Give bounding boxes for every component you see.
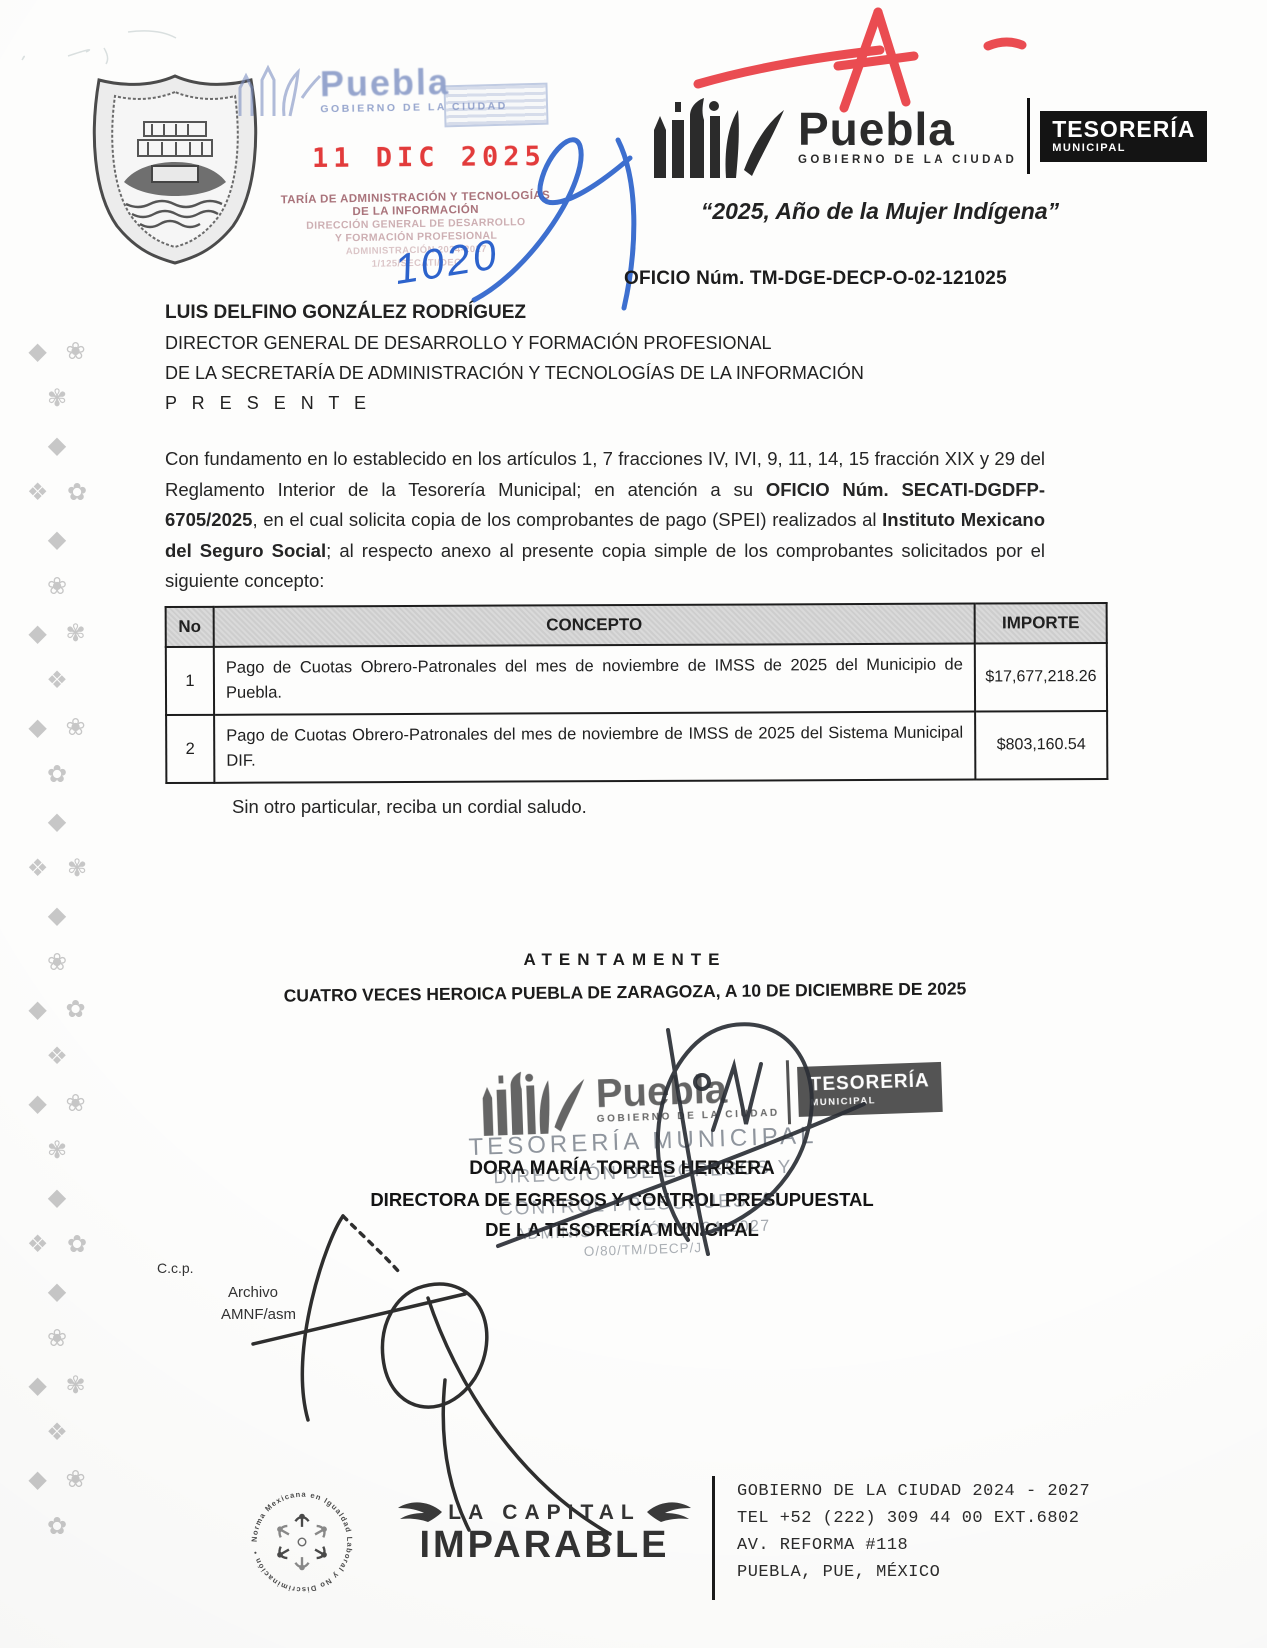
- col-header-concepto: CONCEPTO: [214, 604, 975, 647]
- recipient-title-line: DE LA SECRETARÍA DE ADMINISTRACIÓN Y TEC…: [165, 358, 864, 388]
- table-header-row: No CONCEPTO IMPORTE: [166, 603, 1107, 647]
- year-motto: “2025, Año de la Mujer Indígena”: [650, 198, 1110, 225]
- puebla-skyline-icon: [648, 90, 788, 182]
- row-concepto: Pago de Cuotas Obrero-Patronales del mes…: [214, 644, 975, 715]
- row-no: 1: [166, 647, 214, 715]
- city-brand-block: LA CAPITAL IMPARABLE: [392, 1498, 697, 1567]
- svg-text:Norma Mexicana en Igualdad Lab: Norma Mexicana en Igualdad Laboral y No …: [250, 1490, 355, 1595]
- seal-circular-text: Norma Mexicana en Igualdad Laboral y No …: [250, 1490, 355, 1595]
- row-no: 2: [166, 715, 214, 783]
- puebla-wordmark: Puebla GOBIERNO DE LA CIUDAD: [798, 106, 1017, 166]
- footer-address-line: AV. REFORMA #118: [737, 1532, 1090, 1559]
- table-row: 2 Pago de Cuotas Obrero-Patronales del m…: [166, 711, 1107, 783]
- recipient-title-line: DIRECTOR GENERAL DE DESARROLLO Y FORMACI…: [165, 328, 864, 358]
- recipient-block: LUIS DELFINO GONZÁLEZ RODRÍGUEZ DIRECTOR…: [165, 298, 864, 418]
- footer-address-line: TEL +52 (222) 309 44 00 EXT.6802: [737, 1505, 1090, 1532]
- tesoreria-badge: TESORERÍA MUNICIPAL: [1040, 111, 1207, 162]
- row-importe: $17,677,218.26: [975, 643, 1107, 712]
- payments-table: No CONCEPTO IMPORTE 1 Pago de Cuotas Obr…: [165, 602, 1109, 784]
- footer-address-line: GOBIERNO DE LA CIUDAD 2024 - 2027: [737, 1478, 1090, 1505]
- brand-top-text: LA CAPITAL: [448, 1501, 640, 1525]
- seal-figures: [274, 1514, 330, 1571]
- col-header-importe: IMPORTE: [975, 603, 1107, 644]
- recipient-name: LUIS DELFINO GONZÁLEZ RODRÍGUEZ: [165, 298, 864, 328]
- equality-norm-seal: Norma Mexicana en Igualdad Laboral y No …: [236, 1476, 368, 1608]
- logo-divider: [1027, 98, 1030, 174]
- ccp-label: C.c.p.: [157, 1260, 194, 1276]
- recipient-presente: P R E S E N T E: [165, 388, 864, 418]
- place-date-line: CUATRO VECES HEROICA PUEBLA DE ZARAGOZA,…: [140, 977, 1110, 1008]
- brand-bottom-text: IMPARABLE: [392, 1524, 697, 1567]
- right-wing-icon: [647, 1498, 691, 1528]
- col-header-no: No: [166, 607, 214, 647]
- footer-divider: [712, 1476, 715, 1600]
- puebla-brand-sub: GOBIERNO DE LA CIUDAD: [798, 154, 1017, 166]
- body-paragraph: Con fundamento en lo establecido en los …: [165, 444, 1045, 597]
- row-concepto: Pago de Cuotas Obrero-Patronales del mes…: [214, 712, 975, 783]
- oficio-number: OFICIO Núm. TM-DGE-DECP-O-02-121025: [624, 268, 1007, 290]
- row-importe: $803,160.54: [975, 711, 1107, 780]
- atentamente-heading: ATENTAMENTE: [300, 950, 950, 970]
- table-row: 1 Pago de Cuotas Obrero-Patronales del m…: [166, 643, 1107, 715]
- body-text: , en el cual solicita copia de los compr…: [252, 509, 882, 530]
- footer-address-line: PUEBLA, PUE, MÉXICO: [737, 1559, 1090, 1586]
- tesoreria-badge-title: TESORERÍA: [1052, 118, 1195, 141]
- puebla-brand-text: Puebla: [798, 106, 1017, 152]
- header-logo: Puebla GOBIERNO DE LA CIUDAD TESORERÍA M…: [648, 90, 1207, 182]
- closing-line: Sin otro particular, reciba un cordial s…: [232, 796, 587, 818]
- tesoreria-badge-sub: MUNICIPAL: [1052, 142, 1195, 154]
- margin-ornament-strip: ◆ ❀ ✾ ◆ ❖ ✿ ◆ ❀ ◆ ✾ ❖ ◆ ❀ ✿ ◆ ❖ ✾ ◆ ❀ ◆ …: [10, 328, 110, 1550]
- scanned-official-letter: ◆ ❀ ✾ ◆ ❖ ✿ ◆ ❀ ◆ ✾ ❖ ◆ ❀ ✿ ◆ ❖ ✾ ◆ ❀ ◆ …: [0, 0, 1267, 1648]
- footer-address-block: GOBIERNO DE LA CIUDAD 2024 - 2027 TEL +5…: [737, 1478, 1090, 1586]
